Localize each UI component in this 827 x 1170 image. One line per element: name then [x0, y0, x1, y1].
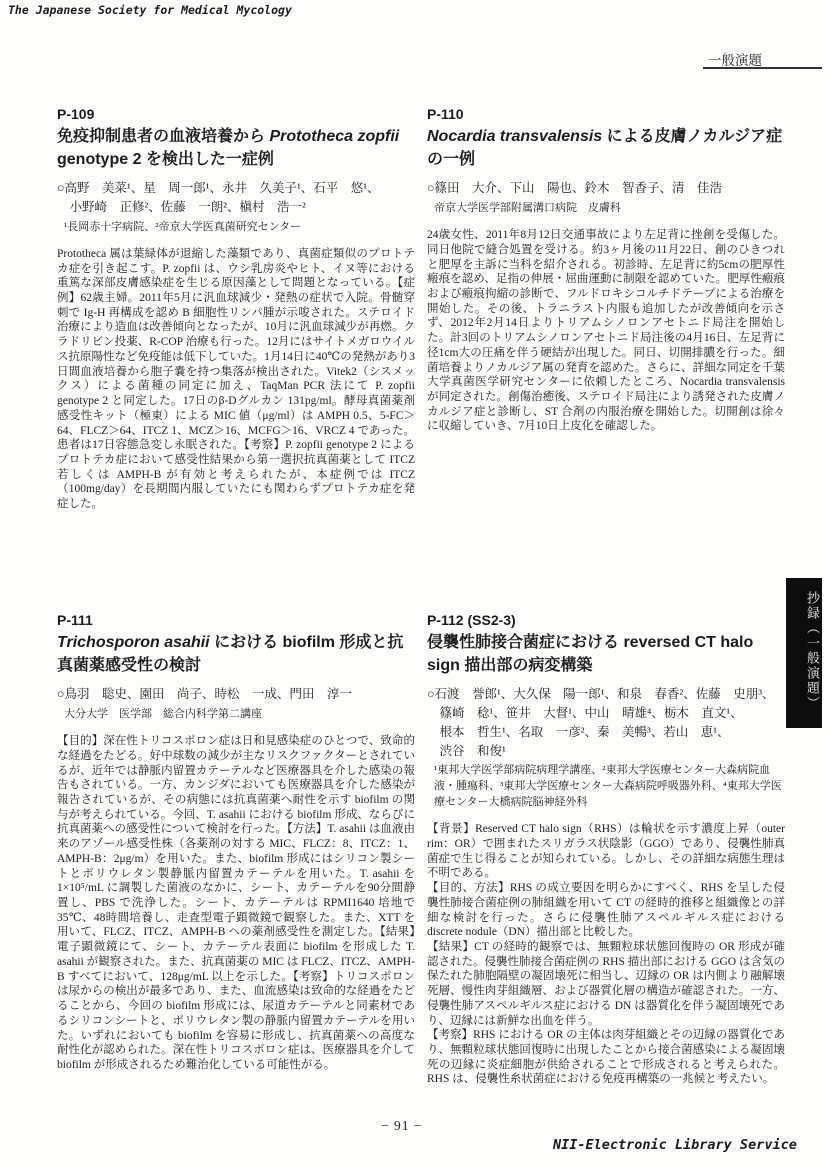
scanned-abstract-page: The Japanese Society for Medical Mycolog… [0, 0, 827, 1170]
section-underline-rule [703, 67, 822, 69]
abstract-authors: ○鳥羽 聡史、園田 尚子、時松 一成、門田 淳一 [57, 685, 415, 704]
abstract-p111: P-111 Trichosporon asahii における biofilm 形… [57, 612, 415, 1073]
abstract-authors: ○篠田 大介、下山 陽也、鈴木 智香子、清 佳浩 [427, 179, 785, 198]
abstract-authors: ○高野 美菜¹、星 周一郎¹、永井 久美子¹、石平 悠¹、 小野崎 正修²、佐藤… [57, 179, 415, 217]
abstract-title: Nocardia transvalensis による皮膚ノカルジア症の一例 [427, 126, 785, 171]
library-credit: NII-Electronic Library Service [553, 1137, 797, 1153]
abstract-title: 侵襲性肺接合菌症における reversed CT halo sign 描出部の病… [427, 632, 785, 677]
abstract-number: P-112 (SS2-3) [427, 612, 785, 628]
abstract-body: 24歳女性、2011年8月12日交通事故により左足背に挫創を受傷した。同日他院で… [427, 228, 785, 434]
abstract-affiliation: ¹長岡赤十字病院、²帝京大学医真菌研究センター [64, 220, 415, 236]
abstract-authors: ○石渡 誉郎¹、大久保 陽一郎¹、和泉 春香²、佐藤 史朋³、 篠崎 稔¹、笹井… [427, 685, 785, 760]
abstract-title: 免疫抑制患者の血液培養から Prototheca zopfii genotype… [57, 126, 415, 171]
abstract-affiliation: 大分大学 医学部 総合内科学第二講座 [64, 707, 415, 723]
page-number: − 91 − [381, 1118, 422, 1134]
abstract-body: 【目的】深在性トリコスポロン症は日和見感染症のひとつで、致命的な経過をたどる。好… [57, 734, 415, 1073]
abstract-title: Trichosporon asahii における biofilm 形成と抗真菌薬… [57, 632, 415, 677]
abstract-p110: P-110 Nocardia transvalensis による皮膚ノカルジア症… [427, 106, 785, 434]
abstract-p109: P-109 免疫抑制患者の血液培養から Prototheca zopfii ge… [57, 106, 415, 512]
abstract-affiliation: ¹東邦大学医学部病院病理学講座、²東邦大学医療センター大森病院血液・腫瘍科、³東… [434, 763, 785, 811]
abstract-body: Prototheca 属は葉緑体が退縮した藻類であり、真菌症類似のプロトテカ症を… [57, 247, 415, 512]
abstract-affiliation: 帝京大学医学部附属溝口病院 皮膚科 [434, 201, 785, 217]
side-index-tab: 抄録（一般演題） [786, 578, 822, 728]
society-header: The Japanese Society for Medical Mycolog… [8, 3, 292, 17]
section-label: 一般演題 [708, 49, 762, 69]
abstract-number: P-109 [57, 106, 415, 122]
abstract-p112: P-112 (SS2-3) 侵襲性肺接合菌症における reversed CT h… [427, 612, 785, 1087]
abstract-number: P-111 [57, 612, 415, 628]
abstract-number: P-110 [427, 106, 785, 122]
abstract-body: 【背景】Reserved CT halo sign（RHS）は輪状を示す濃度上昇… [427, 822, 785, 1087]
